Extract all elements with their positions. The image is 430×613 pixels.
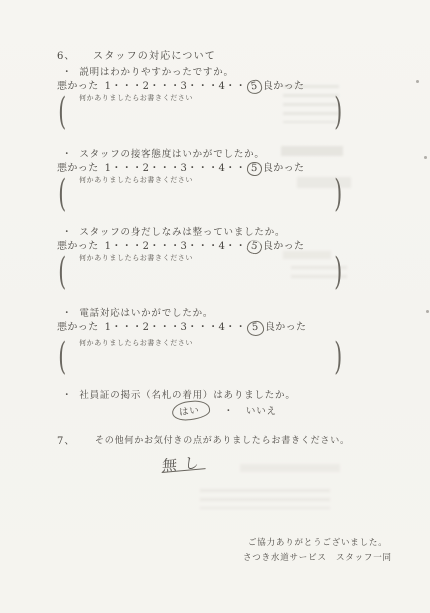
comment-area: ( 何かありましたらお書きください )	[0, 248, 430, 298]
comment-hint-label: 何かありましたらお書きください	[79, 338, 193, 348]
scan-speck	[426, 310, 429, 313]
close-paren: )	[334, 250, 342, 294]
question-text: ・電話対応はいかがでしたか。	[62, 305, 213, 319]
scale-left-label: 悪かった	[57, 322, 99, 333]
scanned-survey-page: 6、 スタッフの対応について ・説明はわかりやすかったですか。 悪かった1・・・…	[0, 0, 430, 613]
section7-title: その他何かお気付きの点がありましたらお書きください。	[95, 433, 350, 446]
section6-number: 6、	[57, 47, 75, 62]
close-paren: )	[334, 90, 342, 134]
section7-number: 7、	[57, 432, 75, 447]
question-text: ・説明はわかりやすかったですか。	[62, 64, 234, 78]
open-paren: (	[58, 335, 66, 379]
idcard-question: ・社員証の掲示（名札の着用）はありましたか。	[62, 387, 296, 401]
section6-title: スタッフの対応について	[93, 47, 216, 62]
scan-bleedthrough-artifact	[200, 489, 330, 509]
scale-right-label: 良かった	[265, 322, 307, 333]
scan-speck	[424, 156, 427, 159]
scan-bleedthrough-artifact	[240, 464, 340, 472]
question-text: ・スタッフの接客態度はいかがでしたか。	[62, 146, 265, 160]
question-text: ・スタッフの身だしなみは整っていましたか。	[62, 224, 285, 238]
bullet-icon: ・	[62, 390, 72, 401]
comment-hint-label: 何かありましたらお書きください	[79, 175, 193, 185]
close-paren: )	[334, 172, 342, 216]
footer-thanks: ご協力ありがとうございました。	[248, 536, 388, 548]
scale-numbers: 1・・・2・・・3・・・4・・	[105, 322, 246, 333]
option-separator-dot: ・	[224, 406, 234, 417]
yes-option-circled: はい	[171, 399, 210, 422]
comment-area: ( 何かありましたらお書きください )	[0, 88, 430, 138]
comment-hint-label: 何かありましたらお書きください	[79, 93, 193, 103]
comment-area: ( 何かありましたらお書きください )	[0, 333, 430, 383]
no-option: いいえ	[246, 406, 277, 417]
comment-area: ( 何かありましたらお書きください )	[0, 170, 430, 220]
comment-hint-label: 何かありましたらお書きください	[79, 253, 193, 263]
idcard-answer-row: はい・いいえ	[172, 401, 277, 420]
footer-signature: さつき水道サービス スタッフ一同	[243, 551, 392, 563]
open-paren: (	[58, 90, 66, 134]
scan-speck	[416, 80, 419, 83]
close-paren: )	[334, 335, 342, 379]
handwritten-answer: 無し	[162, 451, 207, 476]
open-paren: (	[58, 250, 66, 294]
idcard-question-label: 社員証の掲示（名札の着用）はありましたか。	[79, 390, 295, 401]
open-paren: (	[58, 172, 66, 216]
